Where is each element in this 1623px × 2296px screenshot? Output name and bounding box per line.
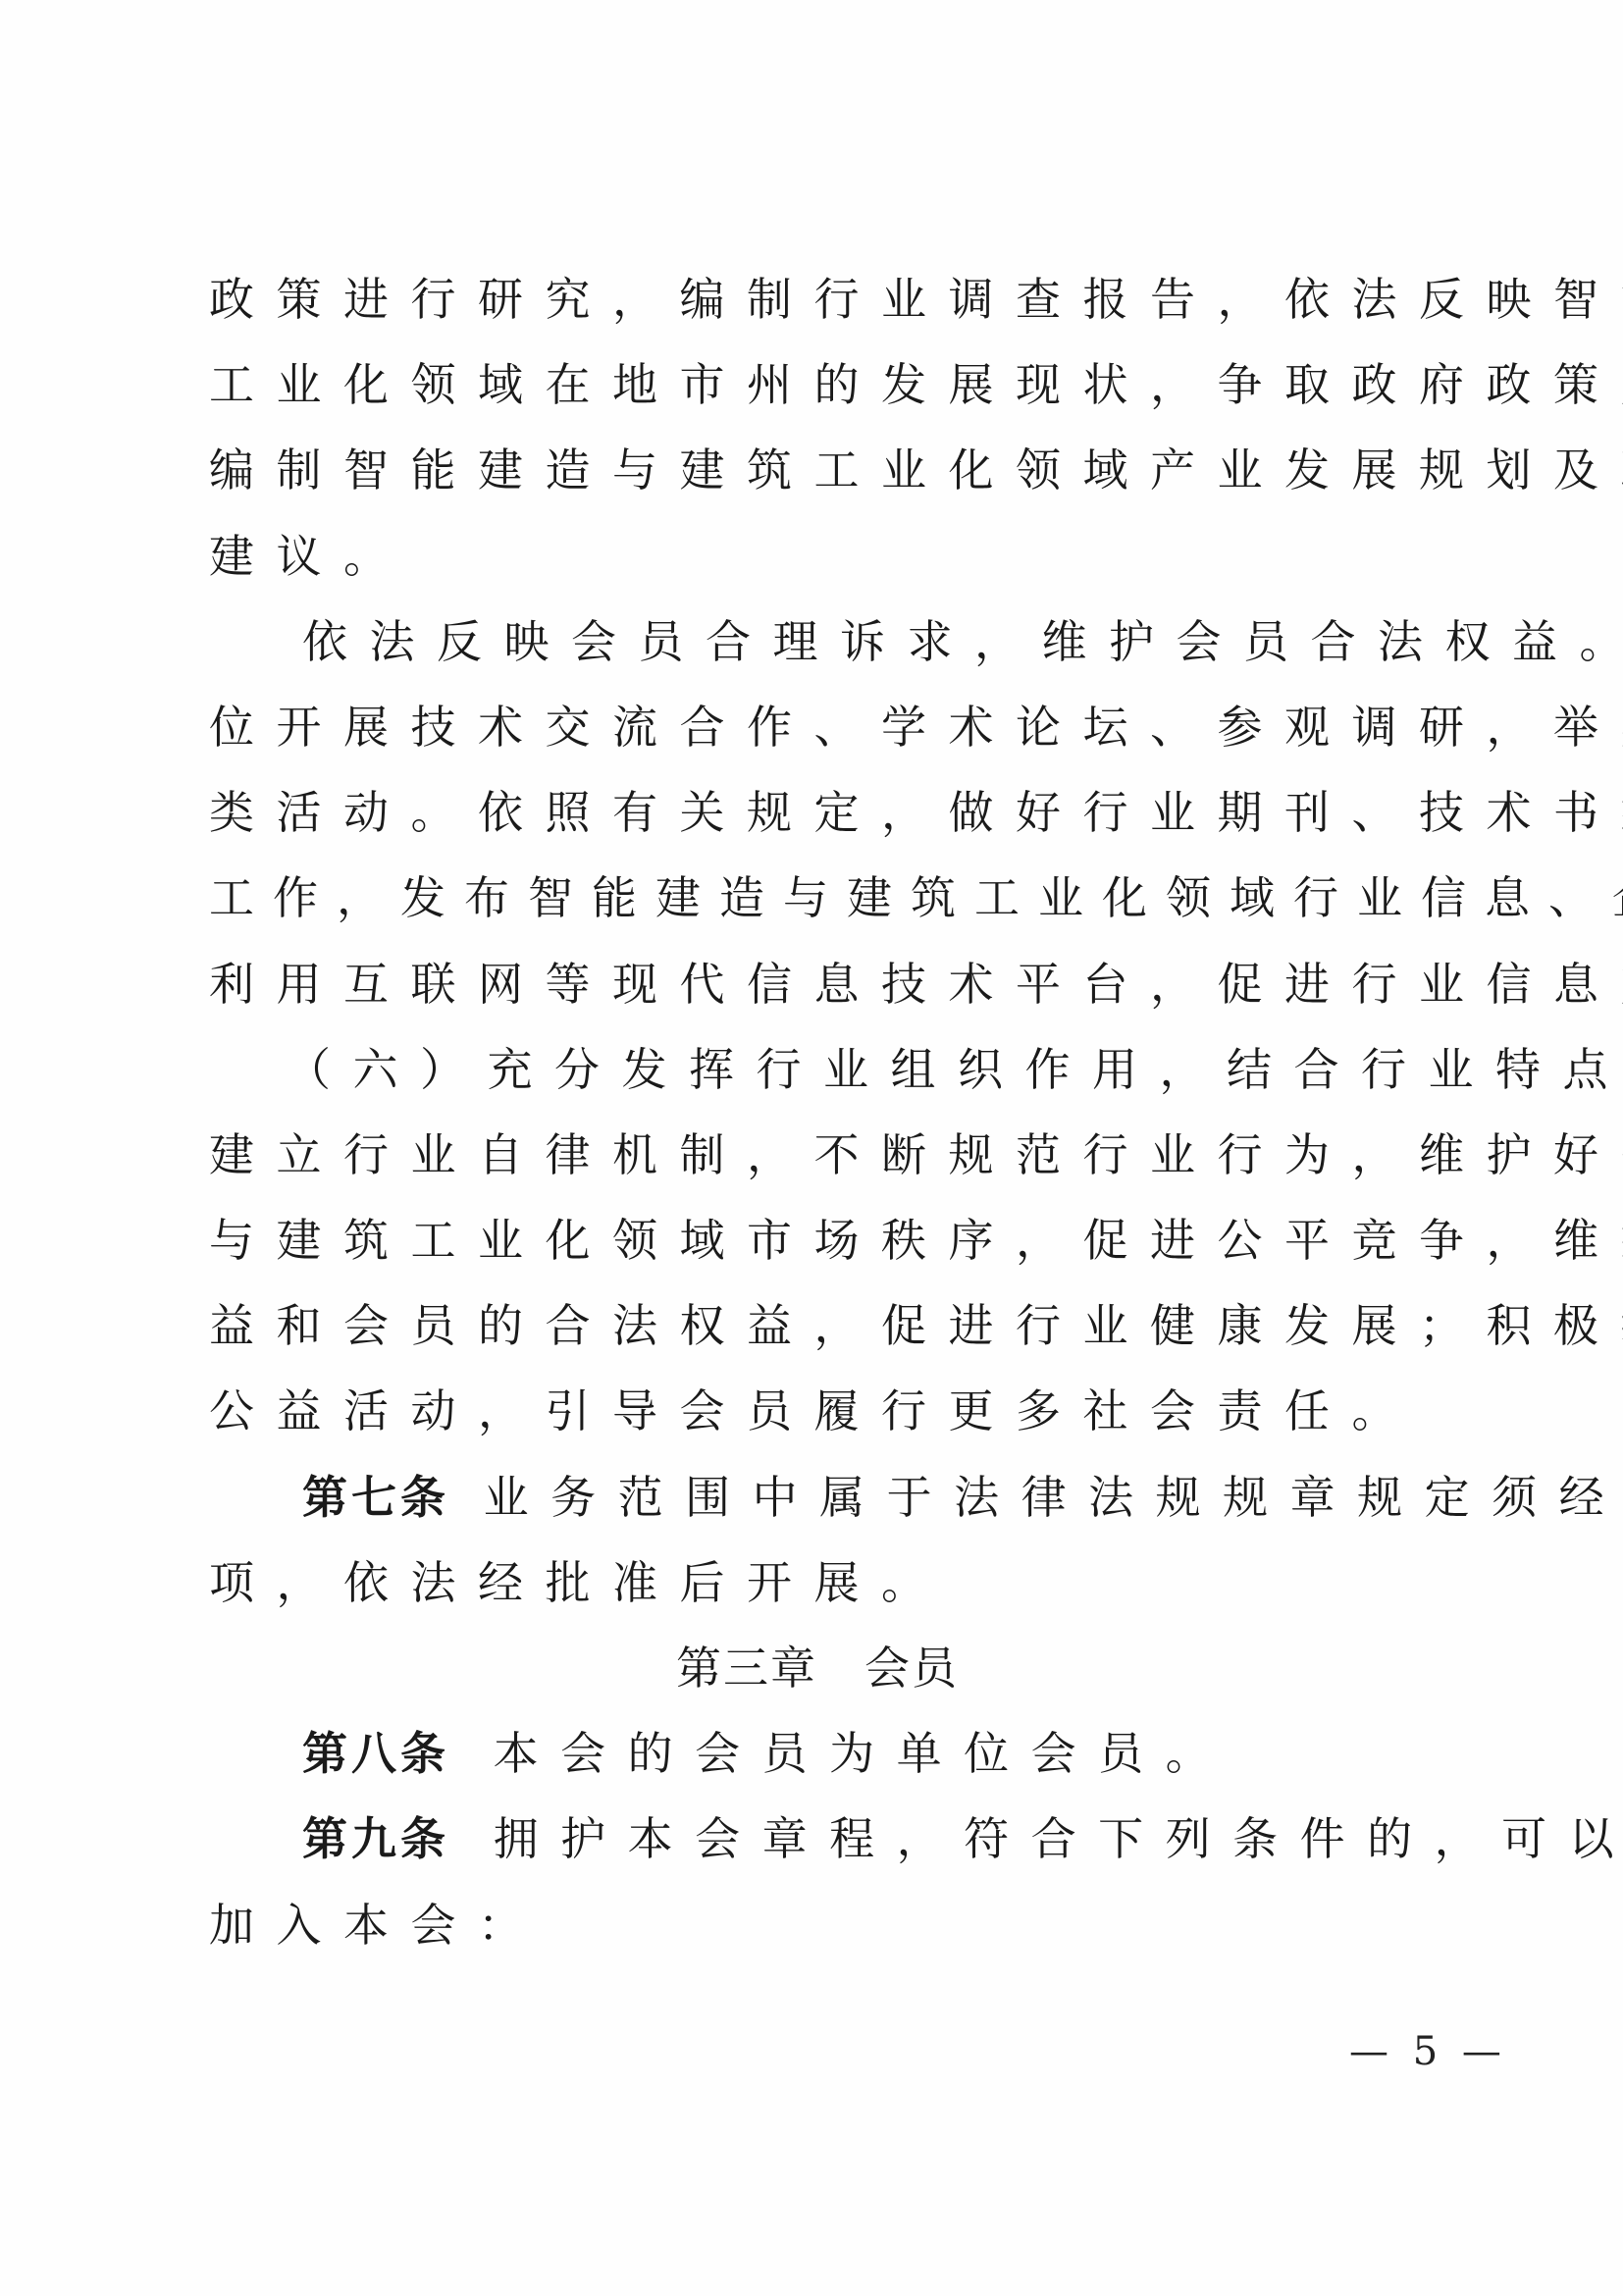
document-body: 政策进行研究，编制行业调查报告，依法反映智能建造与建筑 工业化领域在地市州的发展… xyxy=(209,257,1426,1968)
text-line: 第七条 业务范围中属于法律法规规章规定须经批准的事 xyxy=(209,1455,1426,1540)
text-line: 政策进行研究，编制行业调查报告，依法反映智能建造与建筑 xyxy=(209,257,1426,342)
article-text: 拥护本会章程，符合下列条件的，可以自愿申请 xyxy=(494,1812,1623,1865)
document-page: 政策进行研究，编制行业调查报告，依法反映智能建造与建筑 工业化领域在地市州的发展… xyxy=(0,0,1623,2296)
paragraph-policy-research: 政策进行研究，编制行业调查报告，依法反映智能建造与建筑 工业化领域在地市州的发展… xyxy=(209,257,1426,600)
text-line: 编制智能建造与建筑工业化领域产业发展规划及政策提出意见 xyxy=(209,428,1426,513)
article-8: 第八条 本会的会员为单位会员。 xyxy=(209,1711,1426,1797)
article-label: 第八条 xyxy=(302,1727,449,1780)
article-label: 第九条 xyxy=(302,1812,449,1865)
text-line: 建议。 xyxy=(209,514,1426,600)
page-number: — 5 — xyxy=(1349,2029,1507,2074)
text-line: 位开展技术交流合作、学术论坛、参观调研，举办展览会等各 xyxy=(209,685,1426,770)
article-7: 第七条 业务范围中属于法律法规规章规定须经批准的事 项，依法经批准后开展。 xyxy=(209,1455,1426,1626)
text-line: 工业化领域在地市州的发展现状，争取政府政策支持，为政府 xyxy=(209,342,1426,428)
chapter-title: 第三章 会员 xyxy=(209,1626,1426,1711)
article-text: 业务范围中属于法律法规规章规定须经批准的事 xyxy=(484,1471,1623,1524)
text-line: 项，依法经批准后开展。 xyxy=(209,1540,1426,1626)
text-line: 第九条 拥护本会章程，符合下列条件的，可以自愿申请 xyxy=(209,1797,1426,1882)
paragraph-item-six: （六）充分发挥行业组织作用，结合行业特点和发展需要， 建立行业自律机制，不断规范… xyxy=(209,1027,1426,1455)
text-line: 与建筑工业化领域市场秩序，促进公平竞争，维护行业整体利 xyxy=(209,1198,1426,1283)
text-line: 建立行业自律机制，不断规范行业行为，维护好省内智能建造 xyxy=(209,1113,1426,1198)
text-line: 公益活动，引导会员履行更多社会责任。 xyxy=(209,1369,1426,1454)
text-line: 依法反映会员合理诉求，维护会员合法权益。组织会员单 xyxy=(209,600,1426,685)
text-line: 益和会员的合法权益，促进行业健康发展；积极组织行业开展 xyxy=(209,1283,1426,1369)
paragraph-member-rights: 依法反映会员合理诉求，维护会员合法权益。组织会员单 位开展技术交流合作、学术论坛… xyxy=(209,600,1426,1027)
article-text: 本会的会员为单位会员。 xyxy=(494,1727,1233,1780)
text-line: 加入本会： xyxy=(209,1883,1426,1968)
text-line: 利用互联网等现代信息技术平台，促进行业信息交流沟通。 xyxy=(209,942,1426,1027)
text-line: 类活动。依照有关规定，做好行业期刊、技术书籍的编辑出版 xyxy=(209,770,1426,856)
text-line: 第八条 本会的会员为单位会员。 xyxy=(209,1711,1426,1797)
text-line: （六）充分发挥行业组织作用，结合行业特点和发展需要， xyxy=(209,1027,1426,1113)
text-line: 工作，发布智能建造与建筑工业化领域行业信息、企业名录等。 xyxy=(209,856,1426,941)
article-9: 第九条 拥护本会章程，符合下列条件的，可以自愿申请 加入本会： xyxy=(209,1797,1426,1967)
article-label: 第七条 xyxy=(302,1471,449,1524)
